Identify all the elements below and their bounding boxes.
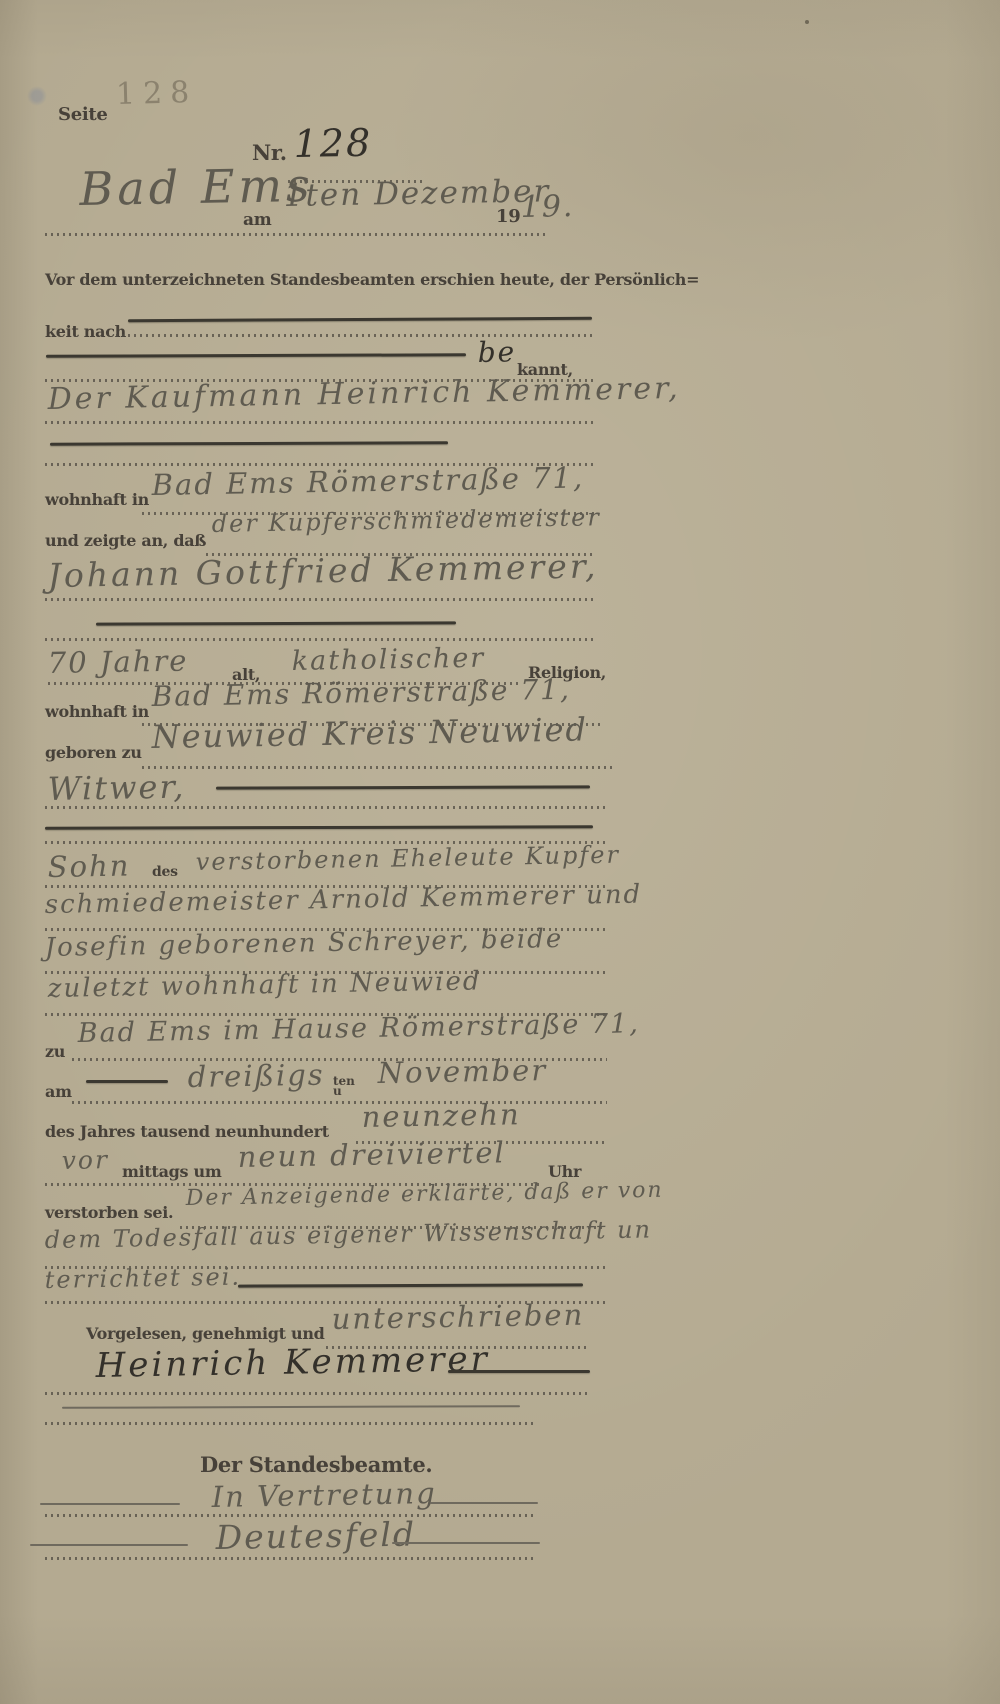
dotted-rule xyxy=(45,1392,590,1395)
birthplace-handwritten: Neuwied Kreis Neuwied xyxy=(151,710,588,756)
uhr-label: Uhr xyxy=(548,1162,581,1181)
ink-strikethrough xyxy=(96,621,456,625)
geboren-zu-label: geboren zu xyxy=(45,743,142,762)
dotted-rule xyxy=(45,598,593,601)
year-handwritten: 19. xyxy=(520,189,574,225)
declarant-name-handwritten: Der Kaufmann Heinrich Kemmerer, xyxy=(47,371,681,417)
deceased-religion-handwritten: katholischer xyxy=(291,643,485,677)
mittags-um-label: mittags um xyxy=(122,1162,222,1181)
ink-strikethrough xyxy=(50,441,448,445)
verstorben-sei-label: verstorben sei. xyxy=(45,1203,173,1222)
dotted-rule xyxy=(45,421,593,424)
deceased-name-handwritten: Johann Gottfried Kemmerer, xyxy=(47,546,598,595)
pencil-rule xyxy=(430,1502,538,1504)
am2-label: am xyxy=(45,1082,72,1101)
registrar-signature: Deutesfeld xyxy=(215,1515,416,1557)
vor-handwritten: vor xyxy=(61,1145,109,1175)
dotted-rule xyxy=(45,1557,533,1560)
am-label: am xyxy=(243,210,271,230)
registrar-label: Der Standesbeamte. xyxy=(200,1452,432,1477)
sohn-handwritten: Sohn xyxy=(47,849,130,884)
death-time-handwritten: neun dreiviertel xyxy=(237,1135,506,1174)
in-vertretung-handwritten: In Vertretung xyxy=(211,1476,436,1514)
zeigte-an-label: und zeigte an, daß xyxy=(45,531,206,550)
ink-strikethrough xyxy=(86,1080,168,1083)
be-handwritten: be xyxy=(477,335,516,369)
dotted-rule xyxy=(45,1422,533,1425)
declarant-signature: Heinrich Kemmerer xyxy=(95,1339,490,1386)
declarant-residence-handwritten: Bad Ems Römerstraße 71, xyxy=(151,460,584,502)
statement-line3-handwritten: terrichtet sei. xyxy=(45,1263,242,1294)
zu-label: zu xyxy=(45,1042,65,1061)
u-label: u xyxy=(333,1086,355,1096)
marital-status-handwritten: Witwer, xyxy=(47,768,185,808)
wohnhaft2-label: wohnhaft in xyxy=(45,702,149,721)
year-printed: 19 xyxy=(496,206,520,227)
wohnhaft-label: wohnhaft in xyxy=(45,490,149,509)
ink-strikethrough xyxy=(46,353,466,357)
intro-line1: Vor dem unterzeichneten Standesbeamten e… xyxy=(45,270,699,289)
paper-speck xyxy=(805,20,809,24)
dotted-rule xyxy=(45,233,547,236)
dotted-rule xyxy=(116,334,594,337)
dotted-rule xyxy=(45,638,593,641)
pencil-rule xyxy=(62,1405,520,1409)
deceased-occupation-handwritten: der Kupferschmiedemeister xyxy=(212,503,602,538)
des-label: des xyxy=(152,864,178,880)
deceased-age-handwritten: 70 Jahre xyxy=(47,644,188,680)
parents-line4-handwritten: zuletzt wohnhaft in Neuwied xyxy=(47,966,481,1004)
ink-strikethrough xyxy=(45,825,593,829)
dotted-rule xyxy=(45,806,607,809)
death-year-handwritten: neunzehn xyxy=(361,1097,521,1134)
deceased-residence-handwritten: Bad Ems Römerstraße 71, xyxy=(151,673,571,713)
pencil-rule xyxy=(40,1503,180,1505)
pencil-rule xyxy=(392,1542,540,1544)
ten-u-printed: ten u xyxy=(333,1076,355,1096)
pencil-rule xyxy=(30,1544,188,1546)
ink-strikethrough xyxy=(238,1283,583,1287)
ink-strikethrough xyxy=(128,317,592,322)
seite-label: Seite xyxy=(58,104,108,125)
ink-strikethrough xyxy=(448,1370,590,1373)
death-day-handwritten: dreißigs xyxy=(187,1058,325,1094)
dotted-rule xyxy=(142,766,612,769)
parents-line1-handwritten: verstorbenen Eheleute Kupfer xyxy=(196,841,621,876)
ink-strikethrough xyxy=(216,785,590,789)
dotted-rule xyxy=(72,1101,607,1104)
page-number-stamp: 128 xyxy=(116,75,198,112)
unterschrieben-handwritten: unterschrieben xyxy=(331,1298,584,1336)
place-handwritten: Bad Ems xyxy=(79,158,314,216)
death-register-page: 128 Seite Nr. 128 Bad Ems am 1ten Dezemb… xyxy=(0,0,1000,1704)
intro-line2: keit nach xyxy=(45,322,126,341)
death-month-handwritten: November xyxy=(377,1053,547,1090)
vorgelesen-label: Vorgelesen, genehmigt und xyxy=(86,1324,325,1343)
